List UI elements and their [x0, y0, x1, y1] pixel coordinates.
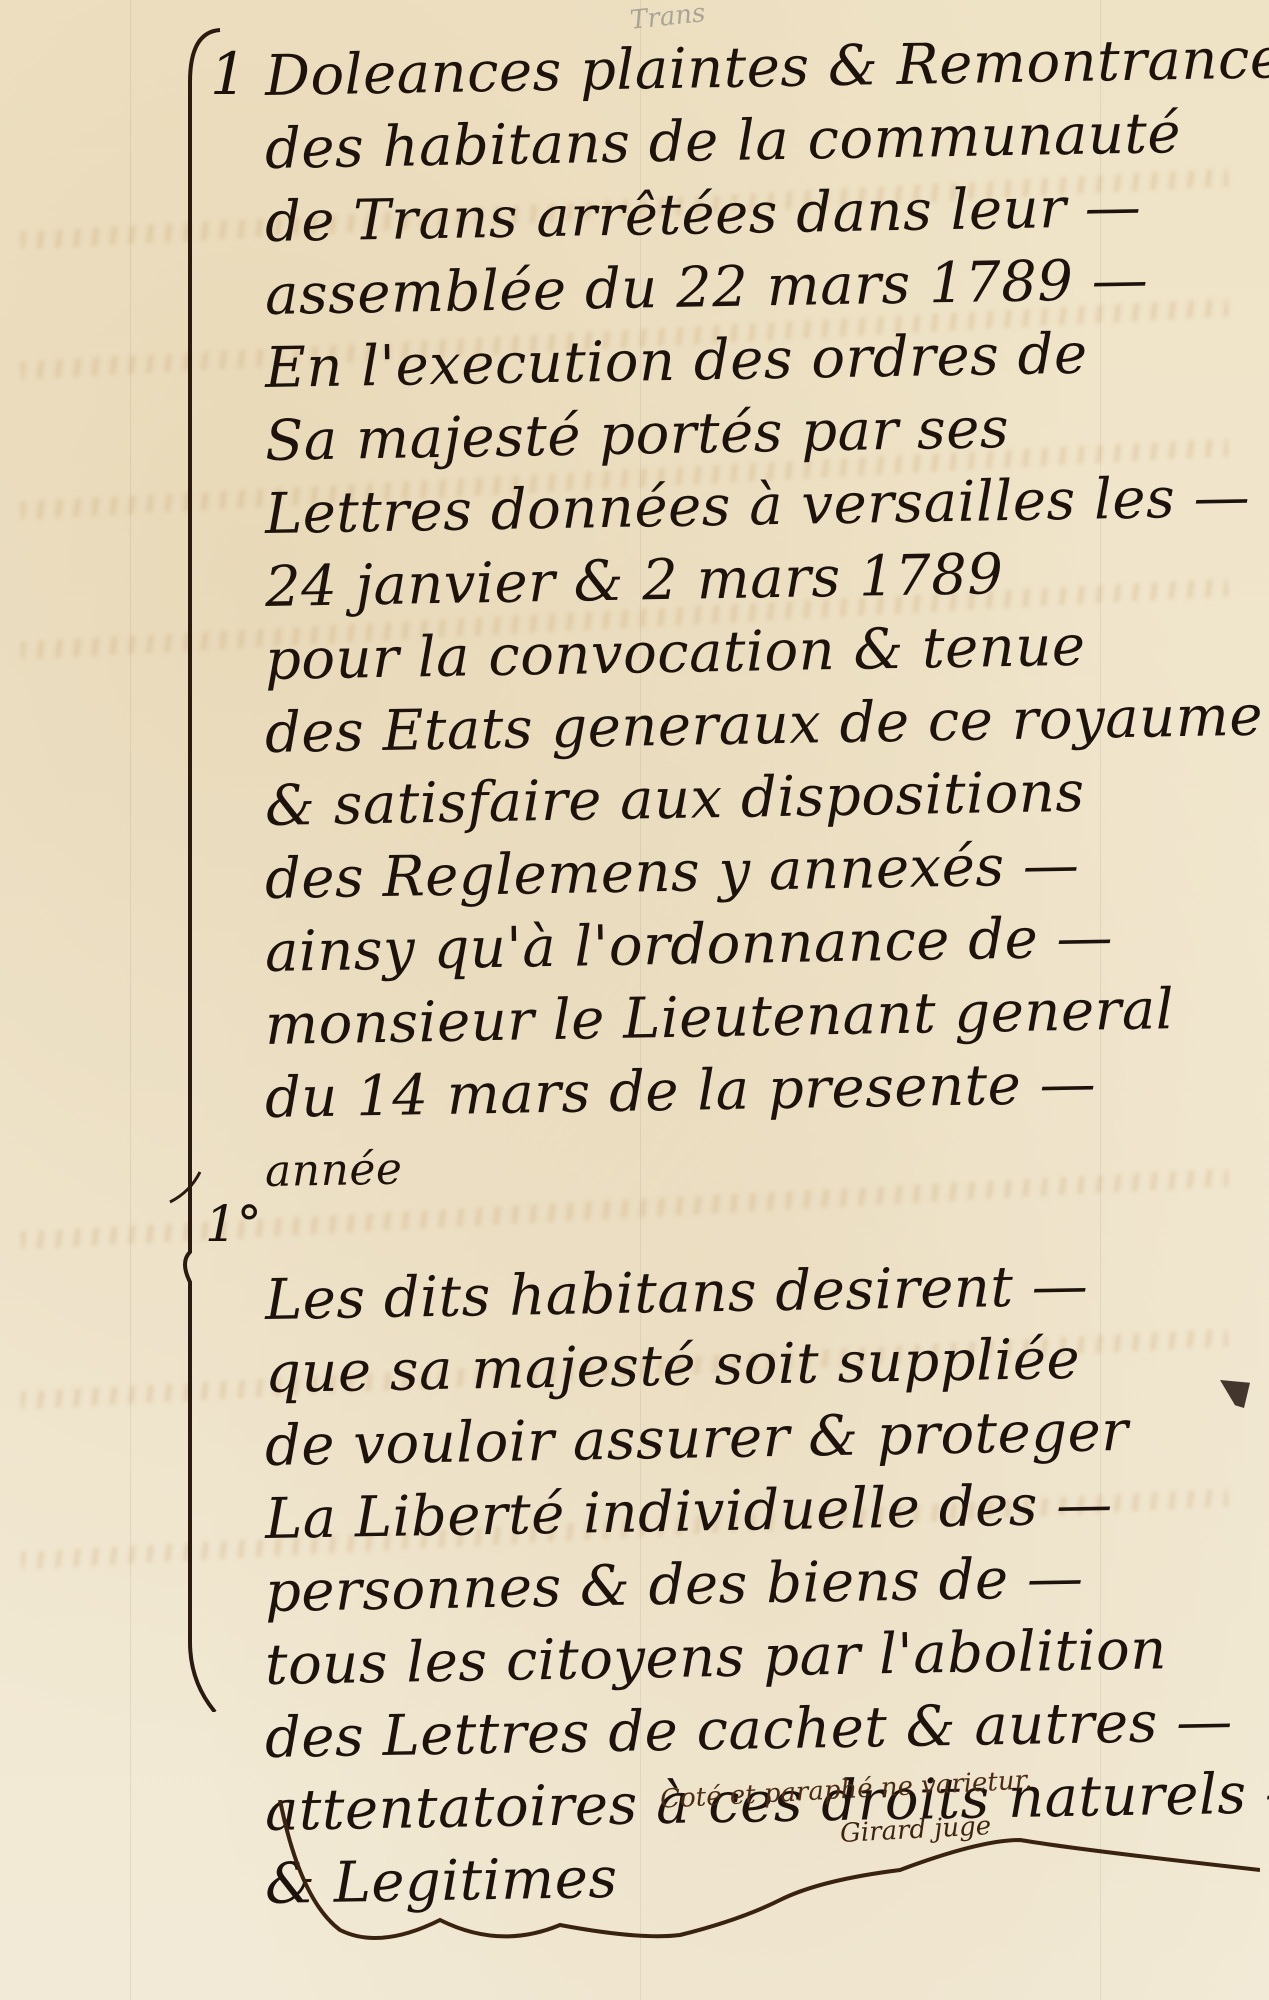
section-marker: 1 [210, 40, 247, 108]
margin-bracket [160, 22, 260, 1712]
signature-flourish [260, 1800, 1260, 1960]
article-number: 1° [205, 1195, 262, 1253]
manuscript-page: Trans 1 1° Doleances plaintes & Remontra… [0, 0, 1269, 2000]
pencil-annotation: Trans [629, 0, 707, 36]
manuscript-body: Doleances plaintes & Remontrances des ha… [265, 40, 1255, 1921]
paper-fold [130, 0, 131, 2000]
